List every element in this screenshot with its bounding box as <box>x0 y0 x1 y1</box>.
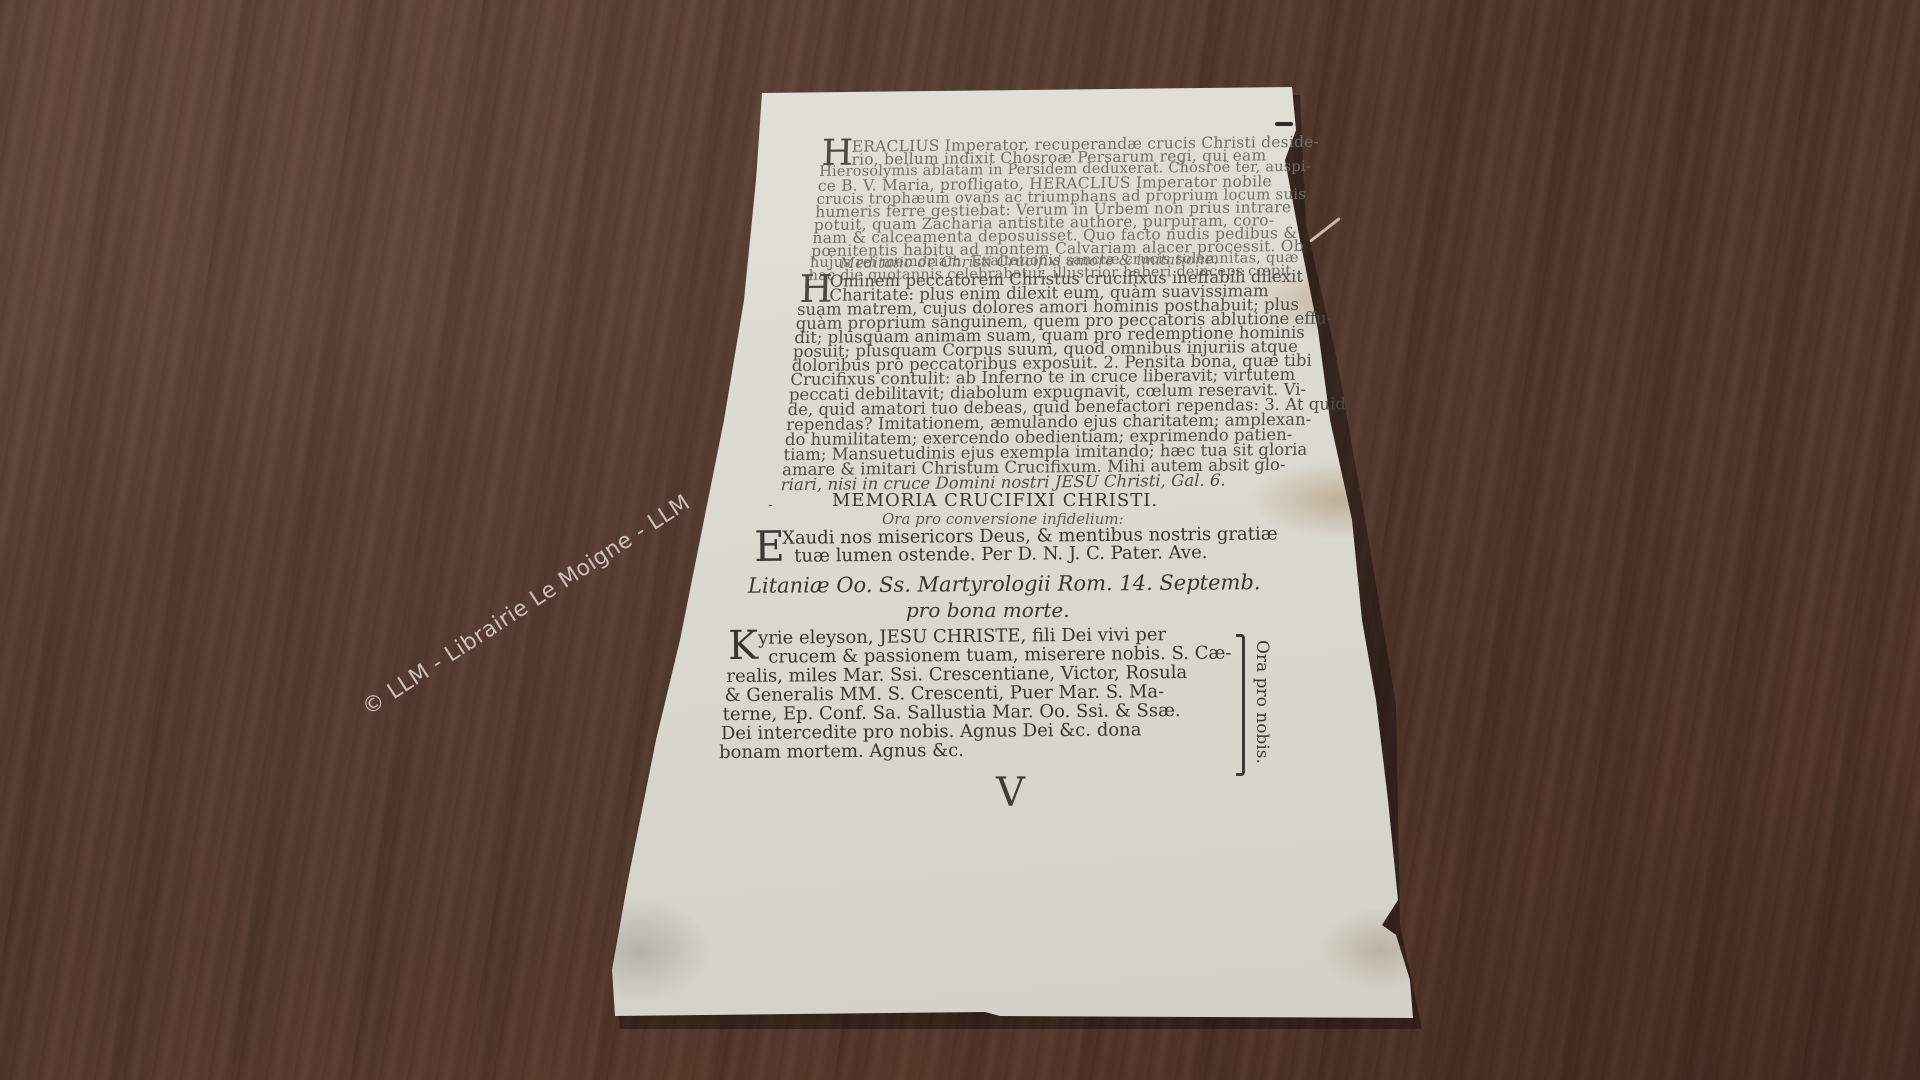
litany-subheading: pro bona morte. <box>906 598 1070 622</box>
loose-paper-fiber <box>1309 217 1341 243</box>
ora-pro-nobis-side-label: Ora pro nobis. <box>1252 640 1272 764</box>
text-line: bonam mortem. Agnus &c. <box>719 740 964 763</box>
drop-cap: E <box>754 526 785 568</box>
litany-brace <box>1236 634 1245 776</box>
signature-mark: V <box>996 770 1025 816</box>
drop-cap: K <box>728 626 758 666</box>
memoria-heading: MEMORIA CRUCIFIXI CHRISTI. <box>832 490 1158 511</box>
copyright-watermark: © LLM - Librairie Le Moigne - LLM <box>358 490 695 721</box>
ink-mark <box>1275 122 1293 126</box>
text-line: tuæ lumen ostende. Per D. N. J. C. Pater… <box>794 542 1207 567</box>
dash-mark: - <box>768 497 773 513</box>
litany-heading: Litaniæ Oo. Ss. Martyrologii Rom. 14. Se… <box>748 570 1261 598</box>
